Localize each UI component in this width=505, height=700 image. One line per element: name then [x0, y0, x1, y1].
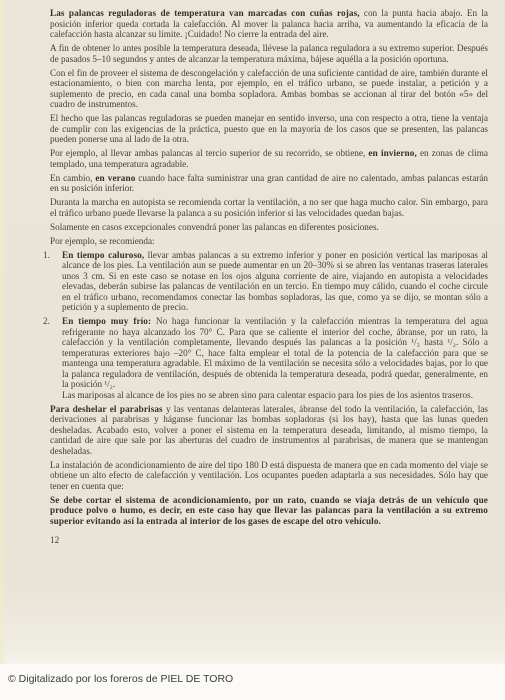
paragraph-text: No haga funcionar la ventilación y la ca…: [62, 316, 488, 389]
paragraph-cut-system-warning: Se debe cortar el sistema de acondiciona…: [50, 495, 488, 527]
paragraph-summer: En cambio, en verano cuando hace falta s…: [50, 173, 488, 194]
paragraph-bold: Se debe cortar el sistema de acondiciona…: [50, 495, 488, 526]
scanned-page: Las palancas reguladoras de temperatura …: [0, 0, 505, 664]
paragraph-bold: en verano: [95, 173, 135, 183]
paragraph-text: Por ejemplo, se recomienda:: [50, 236, 155, 246]
list-item-number: 2.: [43, 316, 50, 327]
scan-edge-artifact: [0, 0, 6, 664]
paragraph-quick-heat: A fin de obtener lo antes posible la tem…: [50, 43, 488, 64]
page-number: 12: [50, 535, 488, 546]
page-content: Las palancas reguladoras de temperatura …: [50, 8, 488, 546]
list-item-number: 1.: [43, 250, 50, 261]
paragraph-winter: Por ejemplo, al llevar ambas palancas al…: [50, 148, 488, 169]
list-item-text: En tiempo muy frío: No haga funcionar la…: [62, 316, 488, 390]
paragraph-text: Las mariposas al alcance de los pies no …: [62, 390, 473, 400]
paragraph-inverse-levers: El hecho que las palancas reguladoras se…: [50, 113, 488, 145]
paragraph-text: Con el fin de proveer el sistema de desc…: [50, 68, 488, 110]
list-item-cold-weather: 2. En tiempo muy frío: No haga funcionar…: [50, 316, 488, 400]
paragraph-defrost-windshield: Para deshelar el parabrisas y las ventan…: [50, 404, 488, 457]
list-item-text: En tiempo caluroso, llevar ambas palanca…: [62, 250, 488, 313]
scan-footer: © Digitalizado por los foreros de PIEL D…: [0, 664, 505, 700]
paragraph-text: A fin de obtener lo antes posible la tem…: [50, 43, 488, 64]
scan-credit-text: © Digitalizado por los foreros de PIEL D…: [8, 673, 233, 685]
paragraph-exceptional-cases: Solamente en casos excepcionales convend…: [50, 222, 488, 233]
list-item-extra-text: Las mariposas al alcance de los pies no …: [62, 390, 488, 401]
paragraph-installation-180d: La instalación de acondicionamiento de a…: [50, 460, 488, 492]
paragraph-bold: Las palancas reguladoras de temperatura …: [50, 8, 360, 18]
paragraph-text: Por ejemplo, al llevar ambas palancas al…: [50, 148, 368, 158]
paragraph-recommendation-intro: Por ejemplo, se recomienda:: [50, 236, 488, 247]
paragraph-text: En cambio,: [50, 173, 95, 183]
paragraph-text: Duranta la marcha en autopista se recomi…: [50, 197, 488, 218]
paragraph-text: Solamente en casos excepcionales convend…: [50, 222, 379, 232]
paragraph-text: El hecho que las palancas reguladoras se…: [50, 113, 488, 144]
paragraph-blower-pumps: Con el fin de proveer el sistema de desc…: [50, 68, 488, 110]
paragraph-bold: En tiempo muy frío:: [62, 316, 151, 326]
paragraph-bold: En tiempo caluroso,: [62, 250, 144, 260]
paragraph-bold: en invierno,: [368, 148, 416, 158]
paragraph-bold: Para deshelar el parabrisas: [50, 404, 163, 414]
paragraph-temperature-levers: Las palancas reguladoras de temperatura …: [50, 8, 488, 40]
paragraph-text: La instalación de acondicionamiento de a…: [50, 460, 488, 491]
paragraph-highway: Duranta la marcha en autopista se recomi…: [50, 197, 488, 218]
list-item-hot-weather: 1. En tiempo caluroso, llevar ambas pala…: [50, 250, 488, 313]
